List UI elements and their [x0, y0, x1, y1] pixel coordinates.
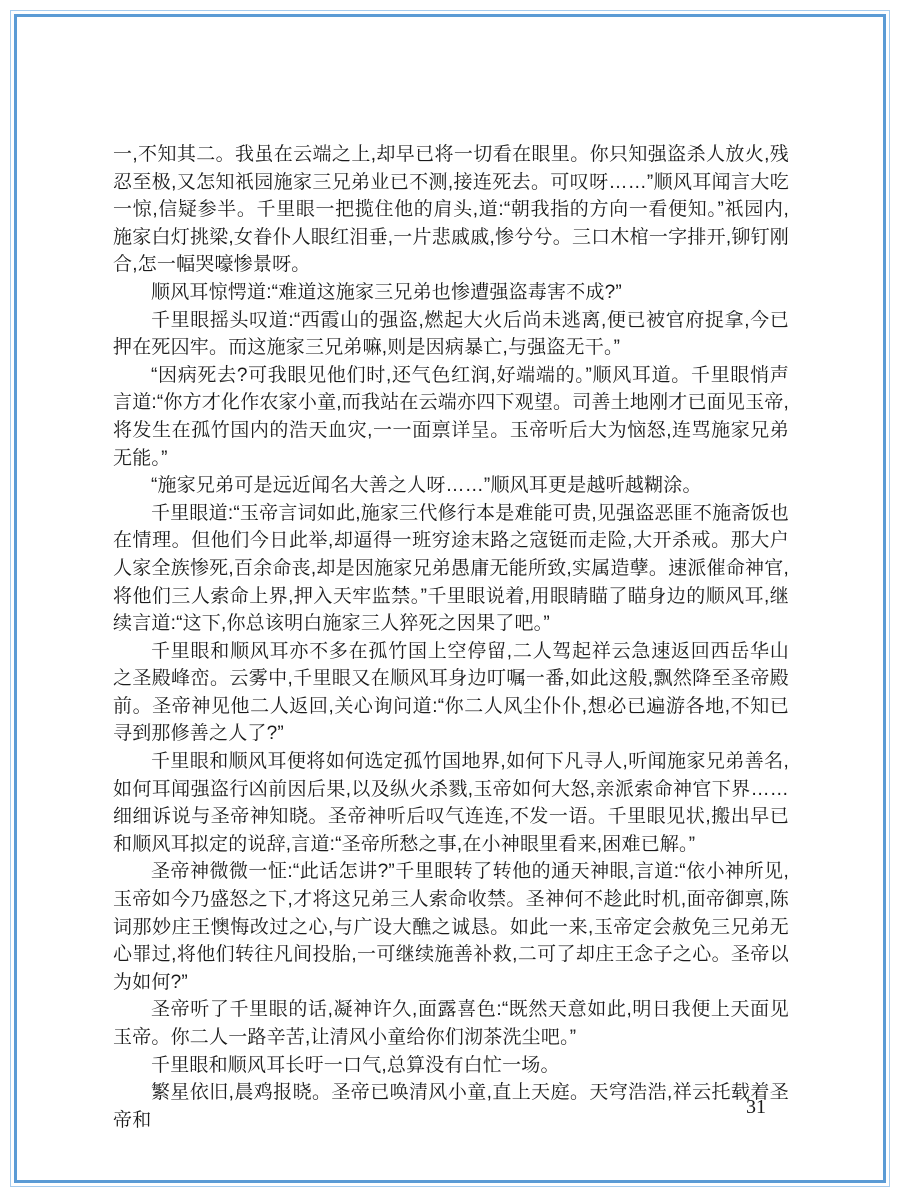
paragraph: 顺风耳惊愕道:“难道这施家三兄弟也惨遭强盗毒害不成?”	[113, 279, 789, 307]
paragraph: “因病死去?可我眼见他们时,还气色红润,好端端的。”顺风耳道。千里眼悄声言道:“…	[113, 362, 789, 472]
paragraph: 千里眼和顺风耳便将如何选定孤竹国地界,如何下凡寻人,听闻施家兄弟善名,如何耳闻强…	[113, 748, 789, 858]
paragraph: 圣帝听了千里眼的话,凝神许久,面露喜色:“既然天意如此,明日我便上天面见玉帝。你…	[113, 996, 789, 1051]
paragraph: 千里眼道:“玉帝言词如此,施家三代修行本是难能可贵,见强盗恶匪不施斋饭也在情理。…	[113, 500, 789, 638]
paragraph: 千里眼和顺风耳亦不多在孤竹国上空停留,二人驾起祥云急速返回西岳华山之圣殿峰峦。云…	[113, 638, 789, 748]
paragraph: 一,不知其二。我虽在云端之上,却早已将一切看在眼里。你只知强盗杀人放火,残忍至极…	[113, 141, 789, 279]
page-number: 31	[720, 1096, 792, 1119]
paragraph: 千里眼摇头叹道:“西霞山的强盗,燃起大火后尚未逃离,便已被官府捉拿,今已押在死囚…	[113, 307, 789, 362]
page-text: 一,不知其二。我虽在云端之上,却早已将一切看在眼里。你只知强盗杀人放火,残忍至极…	[113, 141, 789, 1134]
book-page: { "page": { "number": "31", "paragraphs"…	[0, 0, 900, 1197]
paragraph: 千里眼和顺风耳长吁一口气,总算没有白忙一场。	[113, 1052, 789, 1080]
paragraph: “施家兄弟可是远近闻名大善之人呀……”顺风耳更是越听越糊涂。	[113, 472, 789, 500]
paragraph: 繁星依旧,晨鸡报晓。圣帝已唤清风小童,直上天庭。天穹浩浩,祥云托载着圣帝和	[113, 1079, 789, 1134]
paragraph: 圣帝神微微一怔:“此话怎讲?”千里眼转了转他的通天神眼,言道:“依小神所见,玉帝…	[113, 858, 789, 996]
